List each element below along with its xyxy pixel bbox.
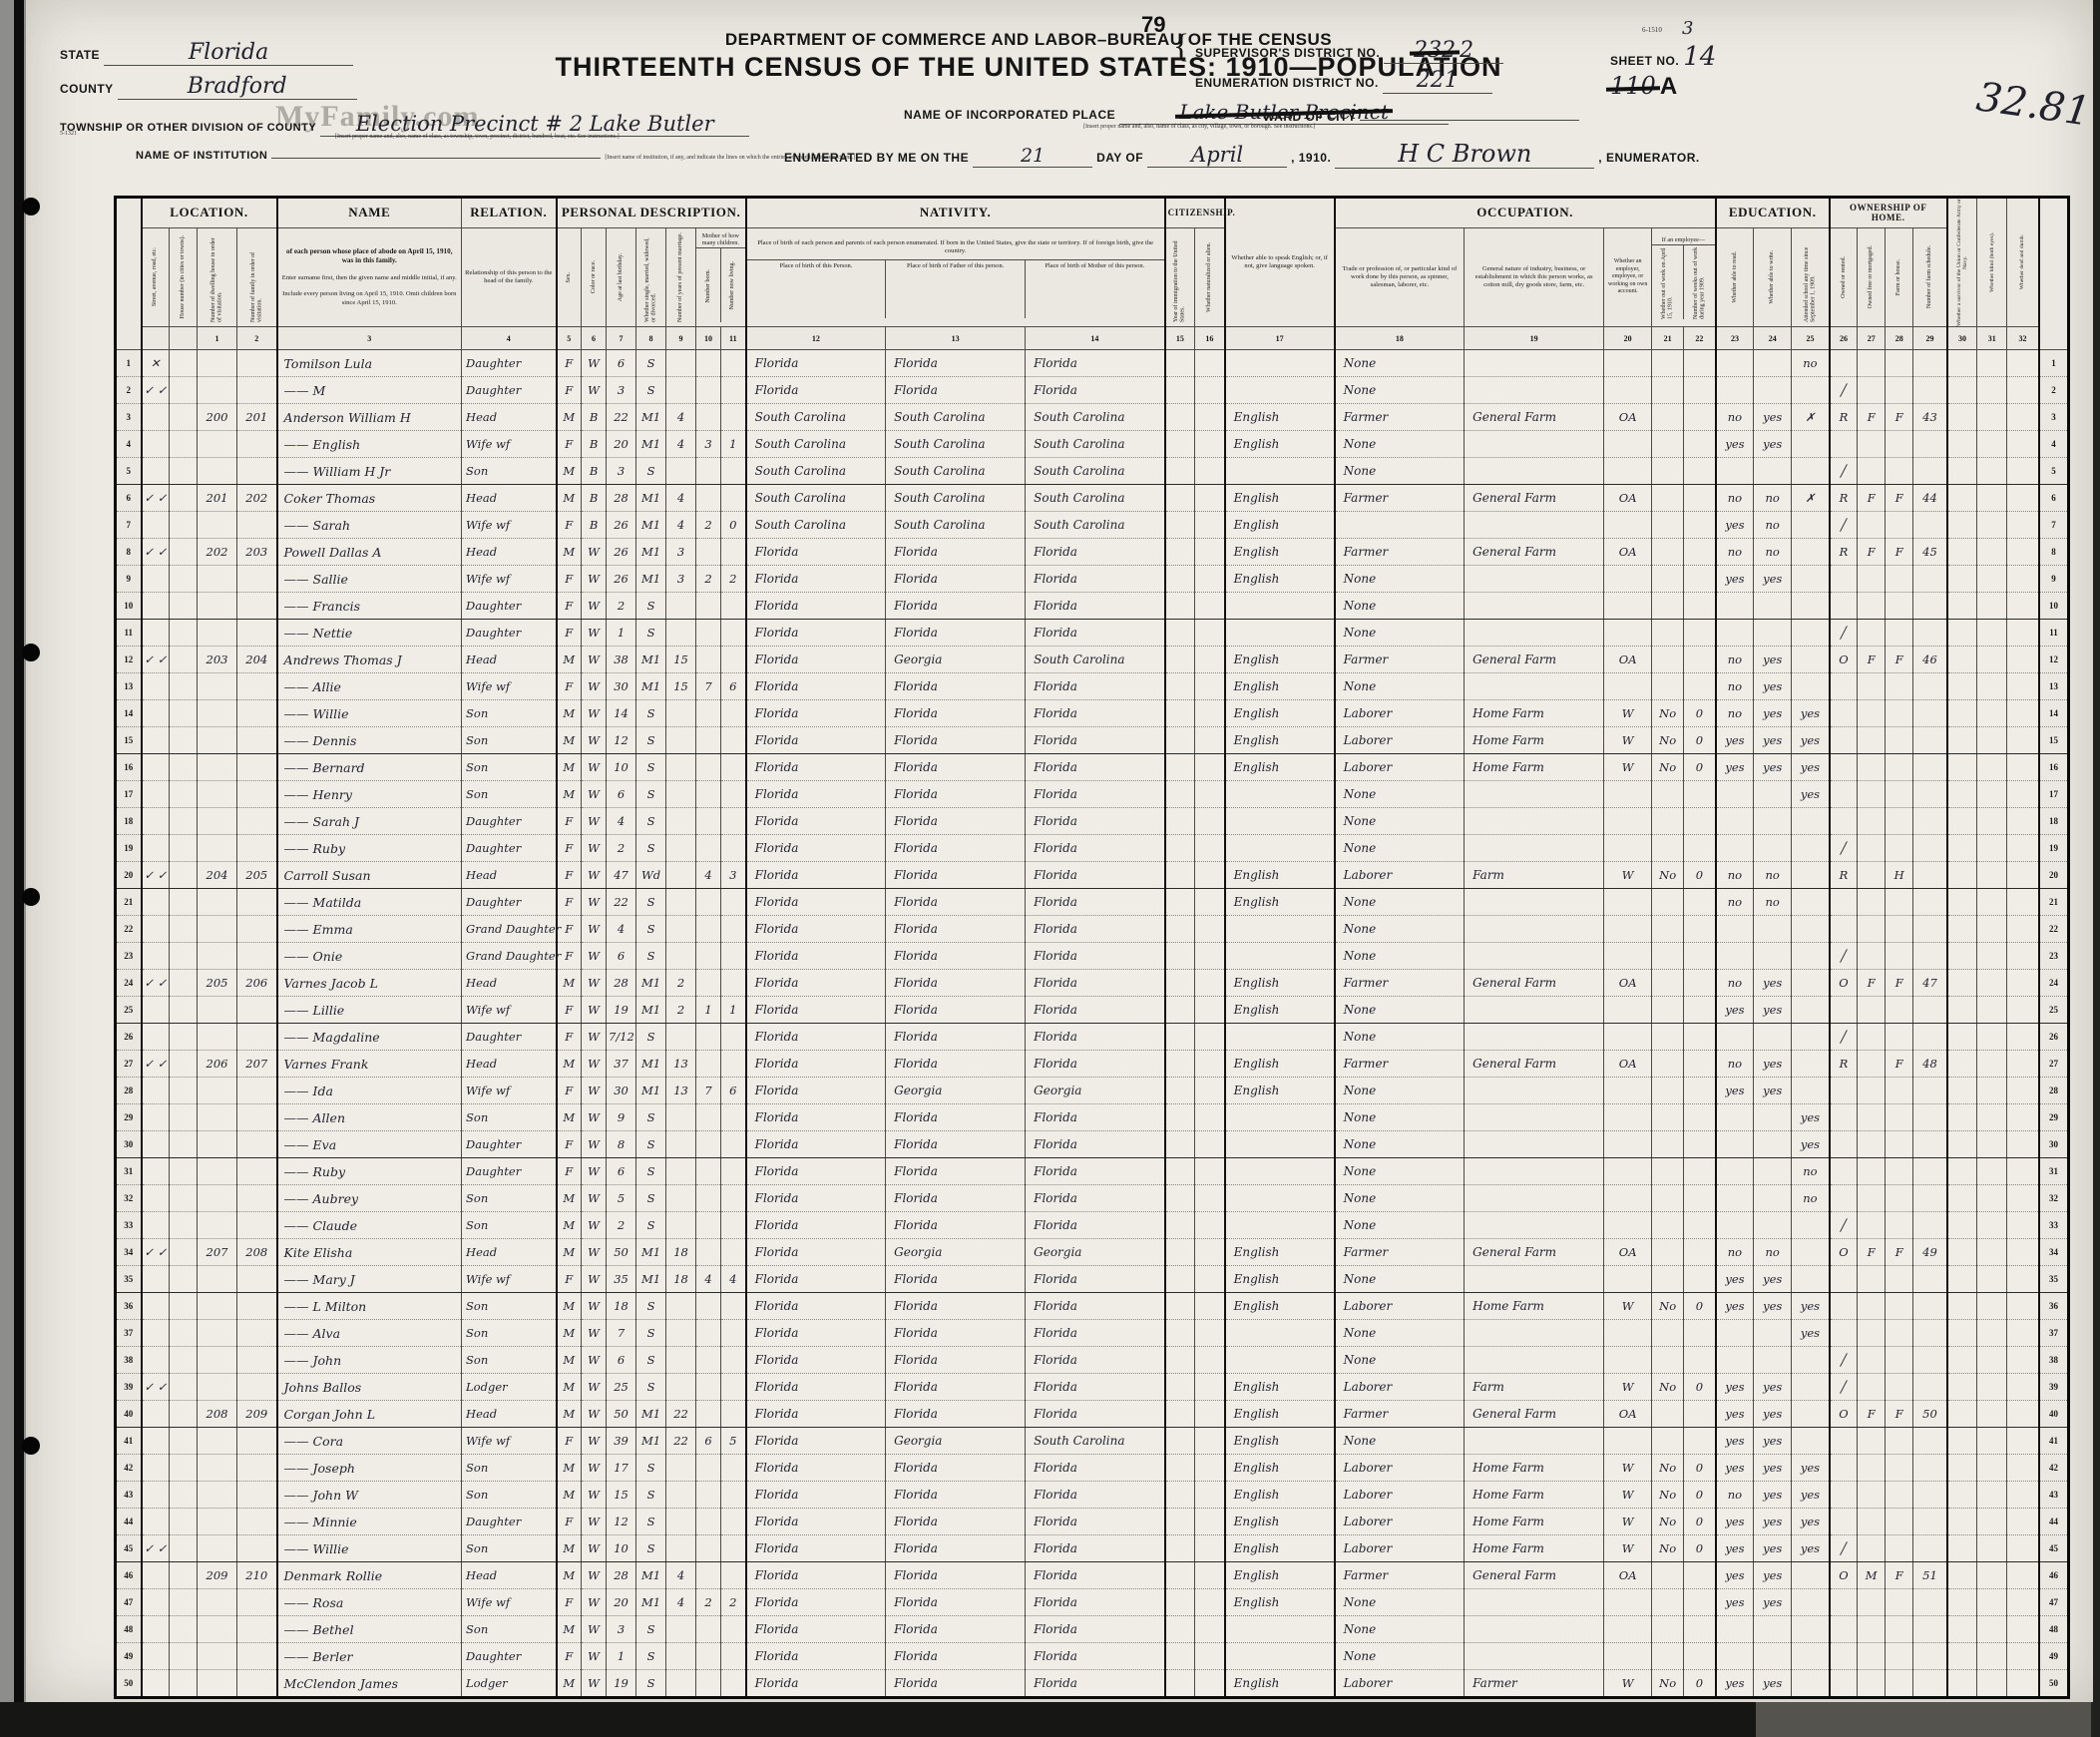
cell-yrs: 4: [666, 431, 696, 458]
cell-fs: [1913, 700, 1947, 727]
column-number: 19: [1465, 327, 1604, 350]
cell-cb: [696, 754, 721, 781]
line-number: 17: [116, 781, 142, 808]
cell-age: 14: [607, 700, 636, 727]
cell-pobf: Florida: [886, 889, 1026, 916]
cell-mark: [142, 1616, 170, 1643]
cell-surv: [1947, 970, 1977, 997]
cell-age: 30: [607, 1078, 636, 1104]
cell-wks: [1684, 485, 1716, 512]
cell-sch: [1792, 1212, 1830, 1239]
cell-yrs: 22: [666, 1401, 696, 1428]
cell-age: 9: [607, 1104, 636, 1131]
cell-fs: [1913, 1024, 1947, 1051]
cell-cl: [721, 1562, 746, 1589]
cell-surv: [1947, 916, 1977, 943]
cell-eng: English: [1225, 431, 1335, 458]
line-number-right: 28: [2039, 1078, 2069, 1104]
brace-left: {: [1173, 28, 1189, 66]
cell-blind: [1977, 727, 2007, 754]
cell-dw: [198, 1482, 237, 1509]
group-relation: RELATION.: [462, 198, 557, 228]
cell-surv: [1947, 1131, 1977, 1158]
cell-race: W: [582, 997, 607, 1024]
cell-cl: [721, 1643, 746, 1670]
cell-read: [1716, 1185, 1754, 1212]
cell-hn: [170, 647, 198, 673]
cell-mark: [142, 781, 170, 808]
cell-fm: [1858, 1266, 1886, 1293]
cell-yrs: 18: [666, 1266, 696, 1293]
cell-deaf: [2007, 1078, 2039, 1104]
cell-mark: ✓ ✓: [142, 1535, 170, 1562]
cell-mark: [142, 1589, 170, 1616]
cell-rel: Wife wf: [462, 566, 557, 593]
cell-blind: [1977, 1024, 2007, 1051]
cell-sch: [1792, 1589, 1830, 1616]
cell-name: —— Magdaline: [277, 1024, 462, 1051]
cell-mar: S: [636, 1482, 666, 1509]
hole-punch: [22, 198, 40, 216]
cell-yrs: [666, 1670, 696, 1698]
cell-pobm: South Carolina: [1026, 458, 1165, 485]
line-number-right: 1: [2039, 350, 2069, 377]
cell-rel: Daughter: [462, 1024, 557, 1051]
cell-own: R: [1830, 1051, 1858, 1078]
cell-surv: [1947, 1670, 1977, 1698]
cell-name: Coker Thomas: [277, 485, 462, 512]
cell-rel: Son: [462, 1455, 557, 1482]
cell-hn: [170, 1239, 198, 1266]
col-color-header: Color or race.: [582, 227, 607, 326]
cell-rel: Son: [462, 1482, 557, 1509]
cell-write: yes: [1754, 1509, 1792, 1535]
cell-own: [1830, 1266, 1858, 1293]
cell-surv: [1947, 1616, 1977, 1643]
cell-hn: [170, 1024, 198, 1051]
column-number: 24: [1754, 327, 1792, 350]
cell-fs: [1913, 620, 1947, 647]
cell-read: [1716, 1104, 1754, 1131]
cell-sex: F: [557, 1643, 582, 1670]
cell-deaf: [2007, 431, 2039, 458]
cell-cb: [696, 916, 721, 943]
cell-ind: [1465, 835, 1604, 862]
cell-cb: [696, 1212, 721, 1239]
cell-pob: Florida: [746, 1643, 886, 1670]
cell-nat: [1195, 1589, 1225, 1616]
group-personal: PERSONAL DESCRIPTION.: [557, 198, 746, 228]
cell-read: yes: [1716, 727, 1754, 754]
cell-deaf: [2007, 1104, 2039, 1131]
cell-mark: [142, 566, 170, 593]
line-number-right: 30: [2039, 1131, 2069, 1158]
cell-deaf: [2007, 485, 2039, 512]
cell-ow: No: [1652, 1455, 1684, 1482]
cell-read: [1716, 1347, 1754, 1374]
cell-race: W: [582, 1616, 607, 1643]
cell-write: [1754, 1185, 1792, 1212]
cell-mar: S: [636, 1212, 666, 1239]
cell-cl: [721, 1670, 746, 1698]
person-row: 33—— ClaudeSonMW2SFloridaFloridaFloridaN…: [116, 1212, 2069, 1239]
column-number: 5: [557, 327, 582, 350]
person-row: 31—— RubyDaughterFW6SFloridaFloridaFlori…: [116, 1158, 2069, 1185]
cell-yrs: [666, 1320, 696, 1347]
cell-fh: [1886, 377, 1913, 404]
cell-occ: None: [1335, 916, 1465, 943]
cell-pob: South Carolina: [746, 512, 886, 539]
scan-edge-bottom-right: [1756, 1702, 2100, 1737]
cell-pob: Florida: [746, 1078, 886, 1104]
cell-hn: [170, 1455, 198, 1482]
cell-rel: Head: [462, 1401, 557, 1428]
cell-hn: [170, 1347, 198, 1374]
cell-cb: [696, 943, 721, 970]
cell-pobf: Florida: [886, 1589, 1026, 1616]
cell-occ: None: [1335, 1212, 1465, 1239]
cell-fs: 49: [1913, 1239, 1947, 1266]
cell-hn: [170, 754, 198, 781]
cell-pobm: Florida: [1026, 350, 1165, 377]
cell-ow: [1652, 1158, 1684, 1185]
cell-nat: [1195, 700, 1225, 727]
cell-ind: [1465, 1266, 1604, 1293]
cell-wks: [1684, 1428, 1716, 1455]
cell-occ: Laborer: [1335, 700, 1465, 727]
column-number: 16: [1195, 327, 1225, 350]
cell-fam: [237, 1266, 277, 1293]
cell-emp: [1604, 808, 1652, 835]
cell-sch: yes: [1792, 1455, 1830, 1482]
cell-age: 50: [607, 1239, 636, 1266]
cell-ind: Farmer: [1465, 1670, 1604, 1698]
cell-eng: English: [1225, 1401, 1335, 1428]
cell-fh: [1886, 458, 1913, 485]
cell-blind: [1977, 620, 2007, 647]
cell-eng: English: [1225, 1374, 1335, 1401]
cell-age: 18: [607, 1293, 636, 1320]
cell-wks: [1684, 431, 1716, 458]
cell-blind: [1977, 1104, 2007, 1131]
column-number: 22: [1684, 327, 1716, 350]
cell-blind: [1977, 1185, 2007, 1212]
cell-read: no: [1716, 647, 1754, 673]
cell-pobf: Florida: [886, 1482, 1026, 1509]
cell-pob: Florida: [746, 727, 886, 754]
person-row: 40208209Corgan John LHeadMW50M122Florida…: [116, 1401, 2069, 1428]
cell-write: yes: [1754, 1401, 1792, 1428]
cell-own: [1830, 916, 1858, 943]
cell-blind: [1977, 1051, 2007, 1078]
cell-fm: [1858, 1212, 1886, 1239]
cell-nat: [1195, 808, 1225, 835]
line-number: 37: [116, 1320, 142, 1347]
cell-ow: [1652, 781, 1684, 808]
cell-dw: [198, 1616, 237, 1643]
cell-mark: ✓ ✓: [142, 970, 170, 997]
cell-ow: [1652, 808, 1684, 835]
column-number: 27: [1858, 327, 1886, 350]
cell-pobm: South Carolina: [1026, 485, 1165, 512]
cell-surv: [1947, 1051, 1977, 1078]
cell-fh: [1886, 1078, 1913, 1104]
cell-race: W: [582, 1266, 607, 1293]
cell-own: [1830, 781, 1858, 808]
cell-race: W: [582, 835, 607, 862]
cell-fs: [1913, 1212, 1947, 1239]
line-number-right: 5: [2039, 458, 2069, 485]
cell-cb: [696, 781, 721, 808]
cell-mark: [142, 1078, 170, 1104]
cell-fm: F: [1858, 647, 1886, 673]
line-number-right: 26: [2039, 1024, 2069, 1051]
group-education: EDUCATION.: [1716, 198, 1830, 228]
cell-blind: [1977, 512, 2007, 539]
cell-own: R: [1830, 404, 1858, 431]
cell-emp: W: [1604, 1455, 1652, 1482]
cell-pobm: Florida: [1026, 862, 1165, 889]
cell-cl: [721, 350, 746, 377]
person-row: 47—— RosaWife wfFW20M1422FloridaFloridaF…: [116, 1589, 2069, 1616]
cell-eng: English: [1225, 1239, 1335, 1266]
cell-mark: [142, 1562, 170, 1589]
cell-pobf: Florida: [886, 1455, 1026, 1482]
column-number: 25: [1792, 327, 1830, 350]
cell-emp: W: [1604, 1482, 1652, 1509]
cell-occ: Laborer: [1335, 754, 1465, 781]
cell-own: [1830, 1670, 1858, 1698]
cell-sex: M: [557, 781, 582, 808]
cell-imm: [1165, 943, 1195, 970]
cell-surv: [1947, 1347, 1977, 1374]
cell-cb: [696, 1509, 721, 1535]
county-value: Bradford: [188, 74, 287, 99]
line-number-right: 37: [2039, 1320, 2069, 1347]
cell-fh: [1886, 1616, 1913, 1643]
cell-yrs: 4: [666, 404, 696, 431]
cell-deaf: [2007, 916, 2039, 943]
line-number-right: 13: [2039, 673, 2069, 700]
cell-dw: 205: [198, 970, 237, 997]
cell-ow: [1652, 404, 1684, 431]
cell-emp: [1604, 1212, 1652, 1239]
county-line: COUNTY Bradford: [60, 74, 357, 100]
cell-own: [1830, 1078, 1858, 1104]
cell-surv: [1947, 862, 1977, 889]
cell-hn: [170, 539, 198, 566]
cell-mar: M1: [636, 997, 666, 1024]
cell-fs: [1913, 1482, 1947, 1509]
cell-mark: ✓ ✓: [142, 647, 170, 673]
cell-occ: None: [1335, 943, 1465, 970]
cell-pobf: South Carolina: [886, 404, 1026, 431]
cell-pobf: South Carolina: [886, 485, 1026, 512]
cell-imm: [1165, 1401, 1195, 1428]
cell-eng: English: [1225, 1562, 1335, 1589]
cell-write: yes: [1754, 1293, 1792, 1320]
cell-sch: no: [1792, 350, 1830, 377]
cell-sch: [1792, 593, 1830, 620]
cell-race: B: [582, 404, 607, 431]
cell-fs: [1913, 1455, 1947, 1482]
cell-fh: H: [1886, 862, 1913, 889]
cell-read: [1716, 458, 1754, 485]
cell-ow: [1652, 1428, 1684, 1455]
cell-nat: [1195, 377, 1225, 404]
cell-mar: Wd: [636, 862, 666, 889]
cell-deaf: [2007, 1535, 2039, 1562]
cell-mar: S: [636, 1643, 666, 1670]
cell-yrs: 4: [666, 1589, 696, 1616]
cell-fam: [237, 1158, 277, 1185]
cell-blind: [1977, 1482, 2007, 1509]
county-label: COUNTY: [60, 82, 114, 96]
cell-mark: [142, 1509, 170, 1535]
cell-pobm: Florida: [1026, 835, 1165, 862]
cell-nat: [1195, 916, 1225, 943]
cell-sch: yes: [1792, 1509, 1830, 1535]
cell-cb: [696, 1293, 721, 1320]
cell-own: [1830, 1104, 1858, 1131]
cell-imm: [1165, 673, 1195, 700]
cell-fam: [237, 512, 277, 539]
cell-fh: [1886, 566, 1913, 593]
cell-hn: [170, 1535, 198, 1562]
cell-pob: Florida: [746, 1158, 886, 1185]
cell-cl: [721, 1374, 746, 1401]
cell-fs: [1913, 1078, 1947, 1104]
cell-race: W: [582, 1428, 607, 1455]
cell-write: yes: [1754, 647, 1792, 673]
cell-name: —— Onie: [277, 943, 462, 970]
cell-deaf: [2007, 889, 2039, 916]
cell-blind: [1977, 1562, 2007, 1589]
cell-ind: General Farm: [1465, 1562, 1604, 1589]
cell-rel: Wife wf: [462, 1266, 557, 1293]
cell-ind: [1465, 1616, 1604, 1643]
cell-hn: [170, 431, 198, 458]
cell-occ: Farmer: [1335, 970, 1465, 997]
cell-deaf: [2007, 1374, 2039, 1401]
cell-nat: [1195, 1158, 1225, 1185]
cell-eng: [1225, 1212, 1335, 1239]
cell-imm: [1165, 1104, 1195, 1131]
cell-fh: F: [1886, 970, 1913, 997]
cell-eng: English: [1225, 1428, 1335, 1455]
line-number-right: 49: [2039, 1643, 2069, 1670]
cell-hn: [170, 404, 198, 431]
cell-pobm: Florida: [1026, 1158, 1165, 1185]
cell-mark: ✓ ✓: [142, 1051, 170, 1078]
cell-pobm: Florida: [1026, 916, 1165, 943]
cell-eng: English: [1225, 673, 1335, 700]
cell-fm: [1858, 1643, 1886, 1670]
cell-yrs: [666, 781, 696, 808]
cell-hn: [170, 593, 198, 620]
cell-surv: [1947, 1509, 1977, 1535]
cell-race: W: [582, 1051, 607, 1078]
cell-write: yes: [1754, 1374, 1792, 1401]
line-number: 24: [116, 970, 142, 997]
cell-name: —— Cora: [277, 1428, 462, 1455]
cell-surv: [1947, 754, 1977, 781]
institution-line: NAME OF INSTITUTION [Insert name of inst…: [136, 146, 855, 164]
cell-fh: [1886, 916, 1913, 943]
cell-fs: [1913, 997, 1947, 1024]
cell-cb: [696, 1455, 721, 1482]
cell-pob: Florida: [746, 539, 886, 566]
cell-sex: F: [557, 350, 582, 377]
cell-cb: [696, 808, 721, 835]
cell-cb: [696, 539, 721, 566]
cell-nat: [1195, 970, 1225, 997]
cell-dw: [198, 835, 237, 862]
cell-fm: [1858, 916, 1886, 943]
cell-own: [1830, 700, 1858, 727]
person-row: 7—— SarahWife wfFB26M1420South CarolinaS…: [116, 512, 2069, 539]
cell-write: yes: [1754, 997, 1792, 1024]
cell-race: W: [582, 539, 607, 566]
cell-nat: [1195, 1104, 1225, 1131]
cell-rel: Daughter: [462, 889, 557, 916]
cell-wks: [1684, 1158, 1716, 1185]
cell-write: [1754, 1131, 1792, 1158]
group-name: NAME: [277, 198, 462, 228]
cell-rel: Grand Daughter: [462, 943, 557, 970]
line-number-header-right: [2039, 198, 2069, 350]
cell-write: no: [1754, 862, 1792, 889]
cell-name: —— Matilda: [277, 889, 462, 916]
cell-nat: [1195, 566, 1225, 593]
cell-pobf: Florida: [886, 1401, 1026, 1428]
line-number: 4: [116, 431, 142, 458]
cell-fs: [1913, 1266, 1947, 1293]
cell-fam: [237, 700, 277, 727]
cell-cb: [696, 889, 721, 916]
cell-wks: [1684, 1347, 1716, 1374]
cell-ow: [1652, 1104, 1684, 1131]
cell-pobm: Florida: [1026, 673, 1165, 700]
cell-eng: English: [1225, 754, 1335, 781]
cell-fh: [1886, 943, 1913, 970]
cell-fm: [1858, 512, 1886, 539]
cell-imm: [1165, 1428, 1195, 1455]
cell-fam: [237, 1616, 277, 1643]
cell-occ: None: [1335, 1131, 1465, 1158]
cell-hn: [170, 1616, 198, 1643]
cell-pobf: Florida: [886, 862, 1026, 889]
cell-name: —— William H Jr: [277, 458, 462, 485]
cell-rel: Grand Daughter: [462, 916, 557, 943]
cell-fs: [1913, 781, 1947, 808]
cell-blind: [1977, 566, 2007, 593]
cell-name: —— Sarah J: [277, 808, 462, 835]
cell-read: yes: [1716, 566, 1754, 593]
cell-pobf: Florida: [886, 1266, 1026, 1293]
cell-ow: [1652, 1347, 1684, 1374]
cell-eng: English: [1225, 485, 1335, 512]
cell-pobm: Florida: [1026, 593, 1165, 620]
cell-mar: S: [636, 1104, 666, 1131]
cell-sex: M: [557, 1320, 582, 1347]
cell-cl: [721, 1024, 746, 1051]
cell-name: Denmark Rollie: [277, 1562, 462, 1589]
cell-own: ╱: [1830, 1024, 1858, 1051]
cell-write: no: [1754, 512, 1792, 539]
cell-surv: [1947, 1535, 1977, 1562]
cell-dw: [198, 620, 237, 647]
